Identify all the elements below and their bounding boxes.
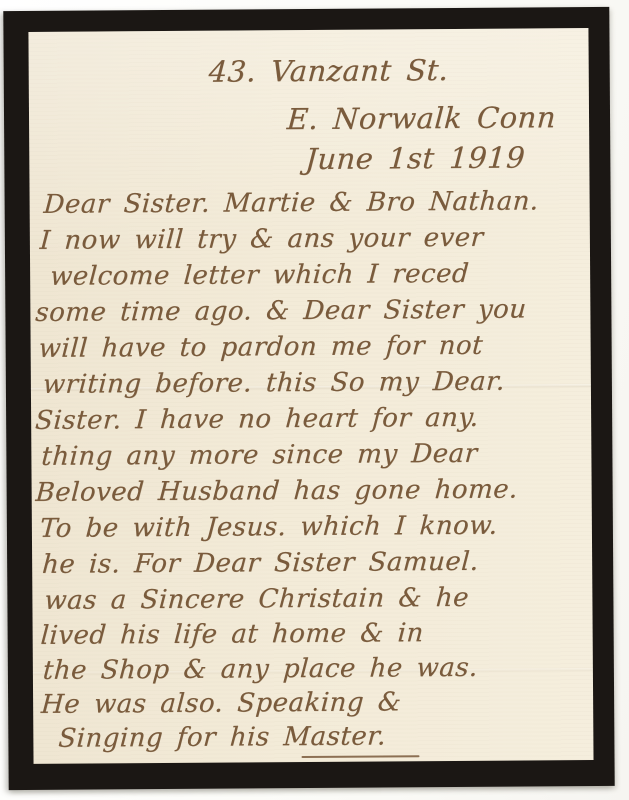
body-line: he is. For Dear Sister Samuel. (41, 547, 480, 580)
mourning-border-sheet: 43. Vanzant St. E. Norwalk Conn June 1st… (3, 7, 614, 790)
closing-line: Singing for his Master. (57, 721, 387, 753)
body-line: I now will try & ans your ever (39, 223, 485, 256)
salutation-line: Dear Sister. Martie & Bro Nathan. (43, 186, 540, 219)
body-line: thing any more since my Dear (40, 439, 478, 472)
body-line: To be with Jesus. which I know. (39, 511, 499, 544)
address-line-1: 43. Vanzant St. (208, 53, 450, 89)
body-line: lived his life at home & in (40, 618, 425, 651)
letter-scan: 43. Vanzant St. E. Norwalk Conn June 1st… (0, 0, 629, 800)
body-line: He was also. Speaking & (40, 687, 402, 720)
body-line: Beloved Husband has gone home. (35, 475, 519, 508)
body-line: writing before. this So my Dear. (42, 367, 506, 400)
body-line: Sister. I have no heart for any. (34, 403, 480, 436)
letter-paper: 43. Vanzant St. E. Norwalk Conn June 1st… (28, 28, 593, 764)
body-line: was a Sincere Christain & he (43, 583, 469, 616)
address-line-2: E. Norwalk Conn (286, 100, 557, 136)
date-line: June 1st 1919 (304, 140, 526, 176)
body-line: the Shop & any place he was. (42, 653, 479, 686)
body-line: some time ago. & Dear Sister you (34, 294, 527, 327)
body-line: will have to pardon me for not (38, 331, 484, 364)
body-line: welcome letter which I reced (49, 259, 470, 292)
master-underline (301, 755, 419, 758)
